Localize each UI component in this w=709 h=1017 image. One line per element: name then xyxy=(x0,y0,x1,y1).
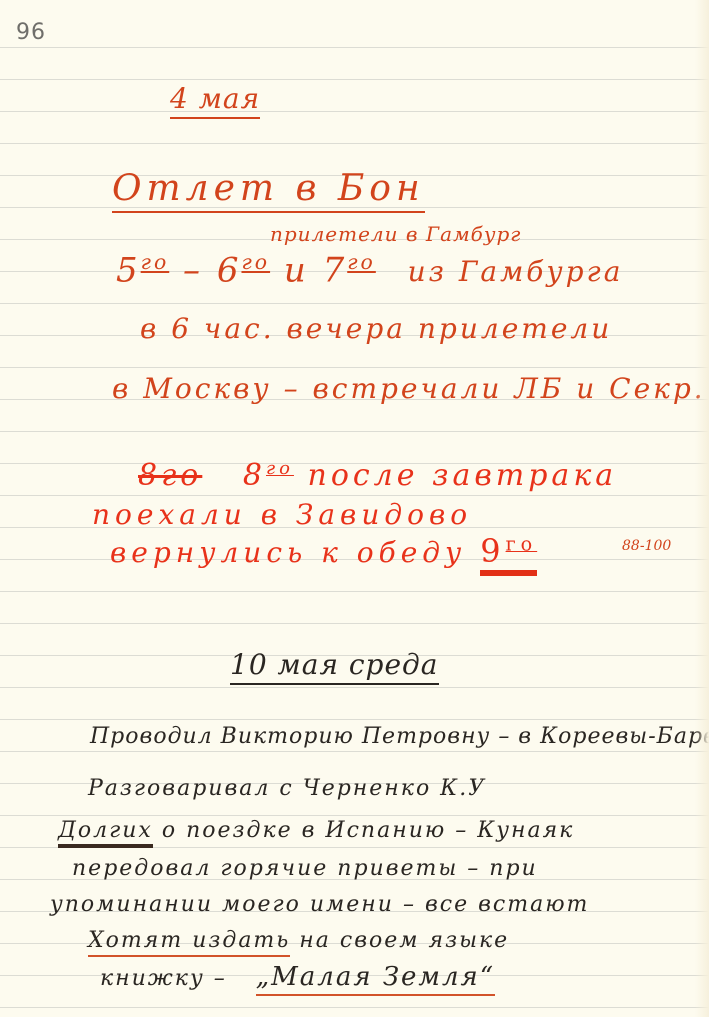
page-edge-shadow xyxy=(695,0,709,1017)
evening-arrival-line: в 6 час. вечера прилетели xyxy=(140,312,612,345)
talked-chernenko-line: Разговаривал с Черненко К.У xyxy=(88,776,486,801)
warm-greetings-line: передовал горячие приветы – при xyxy=(72,856,538,881)
after-breakfast-line: 8го 8го после завтрака xyxy=(138,458,617,493)
saw-off-line: Проводил Викторию Петровну – в Кореевы-Б… xyxy=(90,724,709,749)
moscow-greeting-line: в Москву – встречали ЛБ и Секр. xyxy=(112,372,706,405)
entry-heading-may-4: 4 мая xyxy=(170,82,260,115)
arrived-hamburg-note: прилетели в Гамбург xyxy=(270,222,521,246)
returned-for-lunch-line: вернулись к обеду 9го xyxy=(110,532,537,570)
notebook-page: 96 4 мая Отлет в Бон прилетели в Гамбург… xyxy=(0,0,709,1017)
dolgikh-spain-line: Долгих о поездке в Испанию – Кунаяк xyxy=(58,818,574,843)
small-land-book-line: книжку – „Малая Земля“ xyxy=(100,962,495,992)
entry-heading-may-10: 10 мая среда xyxy=(230,648,439,681)
dates-5-6-7-line: 5го – 6го и 7го из Гамбурга xyxy=(116,250,623,290)
page-number: 96 xyxy=(16,20,46,45)
zavidovo-line: поехали в Завидово xyxy=(92,498,472,531)
name-mentioned-line: упоминании моего имени – все встают xyxy=(50,892,589,917)
want-to-publish-line: Хотят издать на своем языке xyxy=(88,928,509,953)
departure-line: Отлет в Бон xyxy=(112,168,425,209)
margin-note-88-100: 88-100 xyxy=(622,538,671,554)
